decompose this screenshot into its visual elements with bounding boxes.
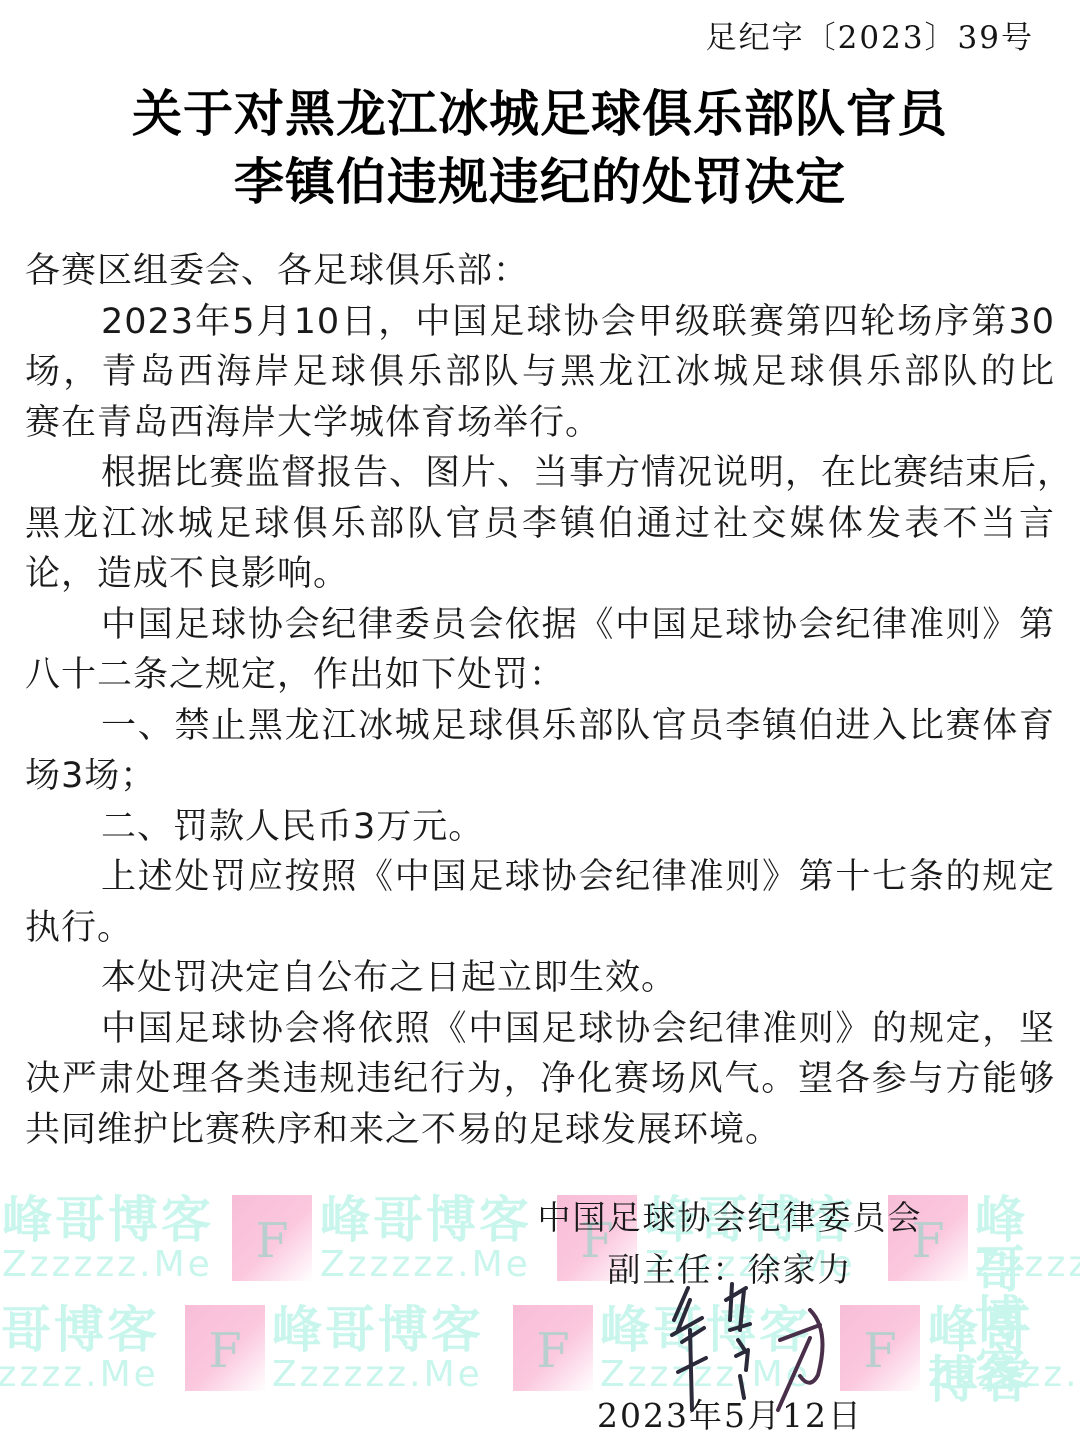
body-line: 赛在青岛西海岸大学城体育场举行。 xyxy=(25,398,1055,449)
watermark-logo-icon: F xyxy=(513,1305,593,1391)
title-line-2: 李镇伯违规违纪的处罚决定 xyxy=(0,142,1080,214)
watermark-cn: 峰哥博客 xyxy=(975,1195,1080,1395)
title-line-1: 关于对黑龙江冰城足球俱乐部队官员 xyxy=(0,74,1080,146)
body-line: 一、禁止黑龙江冰城足球俱乐部队官员李镇伯进入比赛体育 xyxy=(25,701,1055,752)
watermark-logo-icon: F xyxy=(232,1195,312,1281)
body-line: 2023年5月10日，中国足球协会甲级联赛第四轮场序第30 xyxy=(25,297,1055,348)
decision-date: 2023年5月12日 xyxy=(580,1390,880,1435)
body-line: 上述处罚应按照《中国足球协会纪律准则》第十七条的规定 xyxy=(25,852,1055,903)
document-body: 各赛区组委会、各足球俱乐部：2023年5月10日，中国足球协会甲级联赛第四轮场序… xyxy=(25,246,1055,1155)
watermark-cn: 峰哥博客 xyxy=(272,1305,484,1355)
body-line: 执行。 xyxy=(25,903,1055,954)
watermark-en: Zzzzzz.Me xyxy=(2,1247,213,1283)
watermark-cn: 峰哥博客 xyxy=(0,1305,160,1355)
watermark-cn: 峰哥博客 xyxy=(320,1195,532,1245)
body-line: 本处罚决定自公布之日起立即生效。 xyxy=(25,953,1055,1004)
body-line: 论，造成不良影响。 xyxy=(25,549,1055,600)
body-line: 场，青岛西海岸足球俱乐部队与黑龙江冰城足球俱乐部队的比 xyxy=(25,347,1055,398)
body-line: 中国足球协会纪律委员会依据《中国足球协会纪律准则》第 xyxy=(25,600,1055,651)
body-line: 各赛区组委会、各足球俱乐部： xyxy=(25,246,1055,297)
body-line: 八十二条之规定，作出如下处罚： xyxy=(25,650,1055,701)
watermark-en: Zzzzzz.Me xyxy=(928,1357,1080,1393)
body-line: 决严肃处理各类违规违纪行为，净化赛场风气。望各参与方能够 xyxy=(25,1054,1055,1105)
watermark-en: Zzzzzz.Me xyxy=(0,1357,159,1393)
watermark-cn: 峰哥博客 xyxy=(928,1305,1080,1405)
watermark-logo-icon: F xyxy=(185,1305,265,1391)
body-line: 黑龙江冰城足球俱乐部队官员李镇伯通过社交媒体发表不当言 xyxy=(25,499,1055,550)
body-line: 场3场； xyxy=(25,751,1055,802)
watermark-row-2: 峰哥博客 Zzzzzz.Me F 峰哥博客 Zzzzzz.Me F 峰哥博客 Z… xyxy=(0,1305,1080,1395)
body-line: 共同维护比赛秩序和来之不易的足球发展环境。 xyxy=(25,1105,1055,1156)
watermark-en: Zzzzzz.Me xyxy=(272,1357,483,1393)
watermark-en: Zzzzzz.Me xyxy=(320,1247,531,1283)
body-line: 中国足球协会将依照《中国足球协会纪律准则》的规定，坚 xyxy=(25,1004,1055,1055)
watermark-en: Zzzzzz.Me xyxy=(975,1247,1080,1283)
doc-number: 足纪字〔2023〕39号 xyxy=(706,12,1034,57)
watermark-cn: 峰哥博客 xyxy=(2,1195,214,1245)
body-line: 二、罚款人民币3万元。 xyxy=(25,802,1055,853)
signing-organization: 中国足球协会纪律委员会 xyxy=(520,1192,940,1239)
body-line: 根据比赛监督报告、图片、当事方情况说明，在比赛结束后， xyxy=(25,448,1055,499)
